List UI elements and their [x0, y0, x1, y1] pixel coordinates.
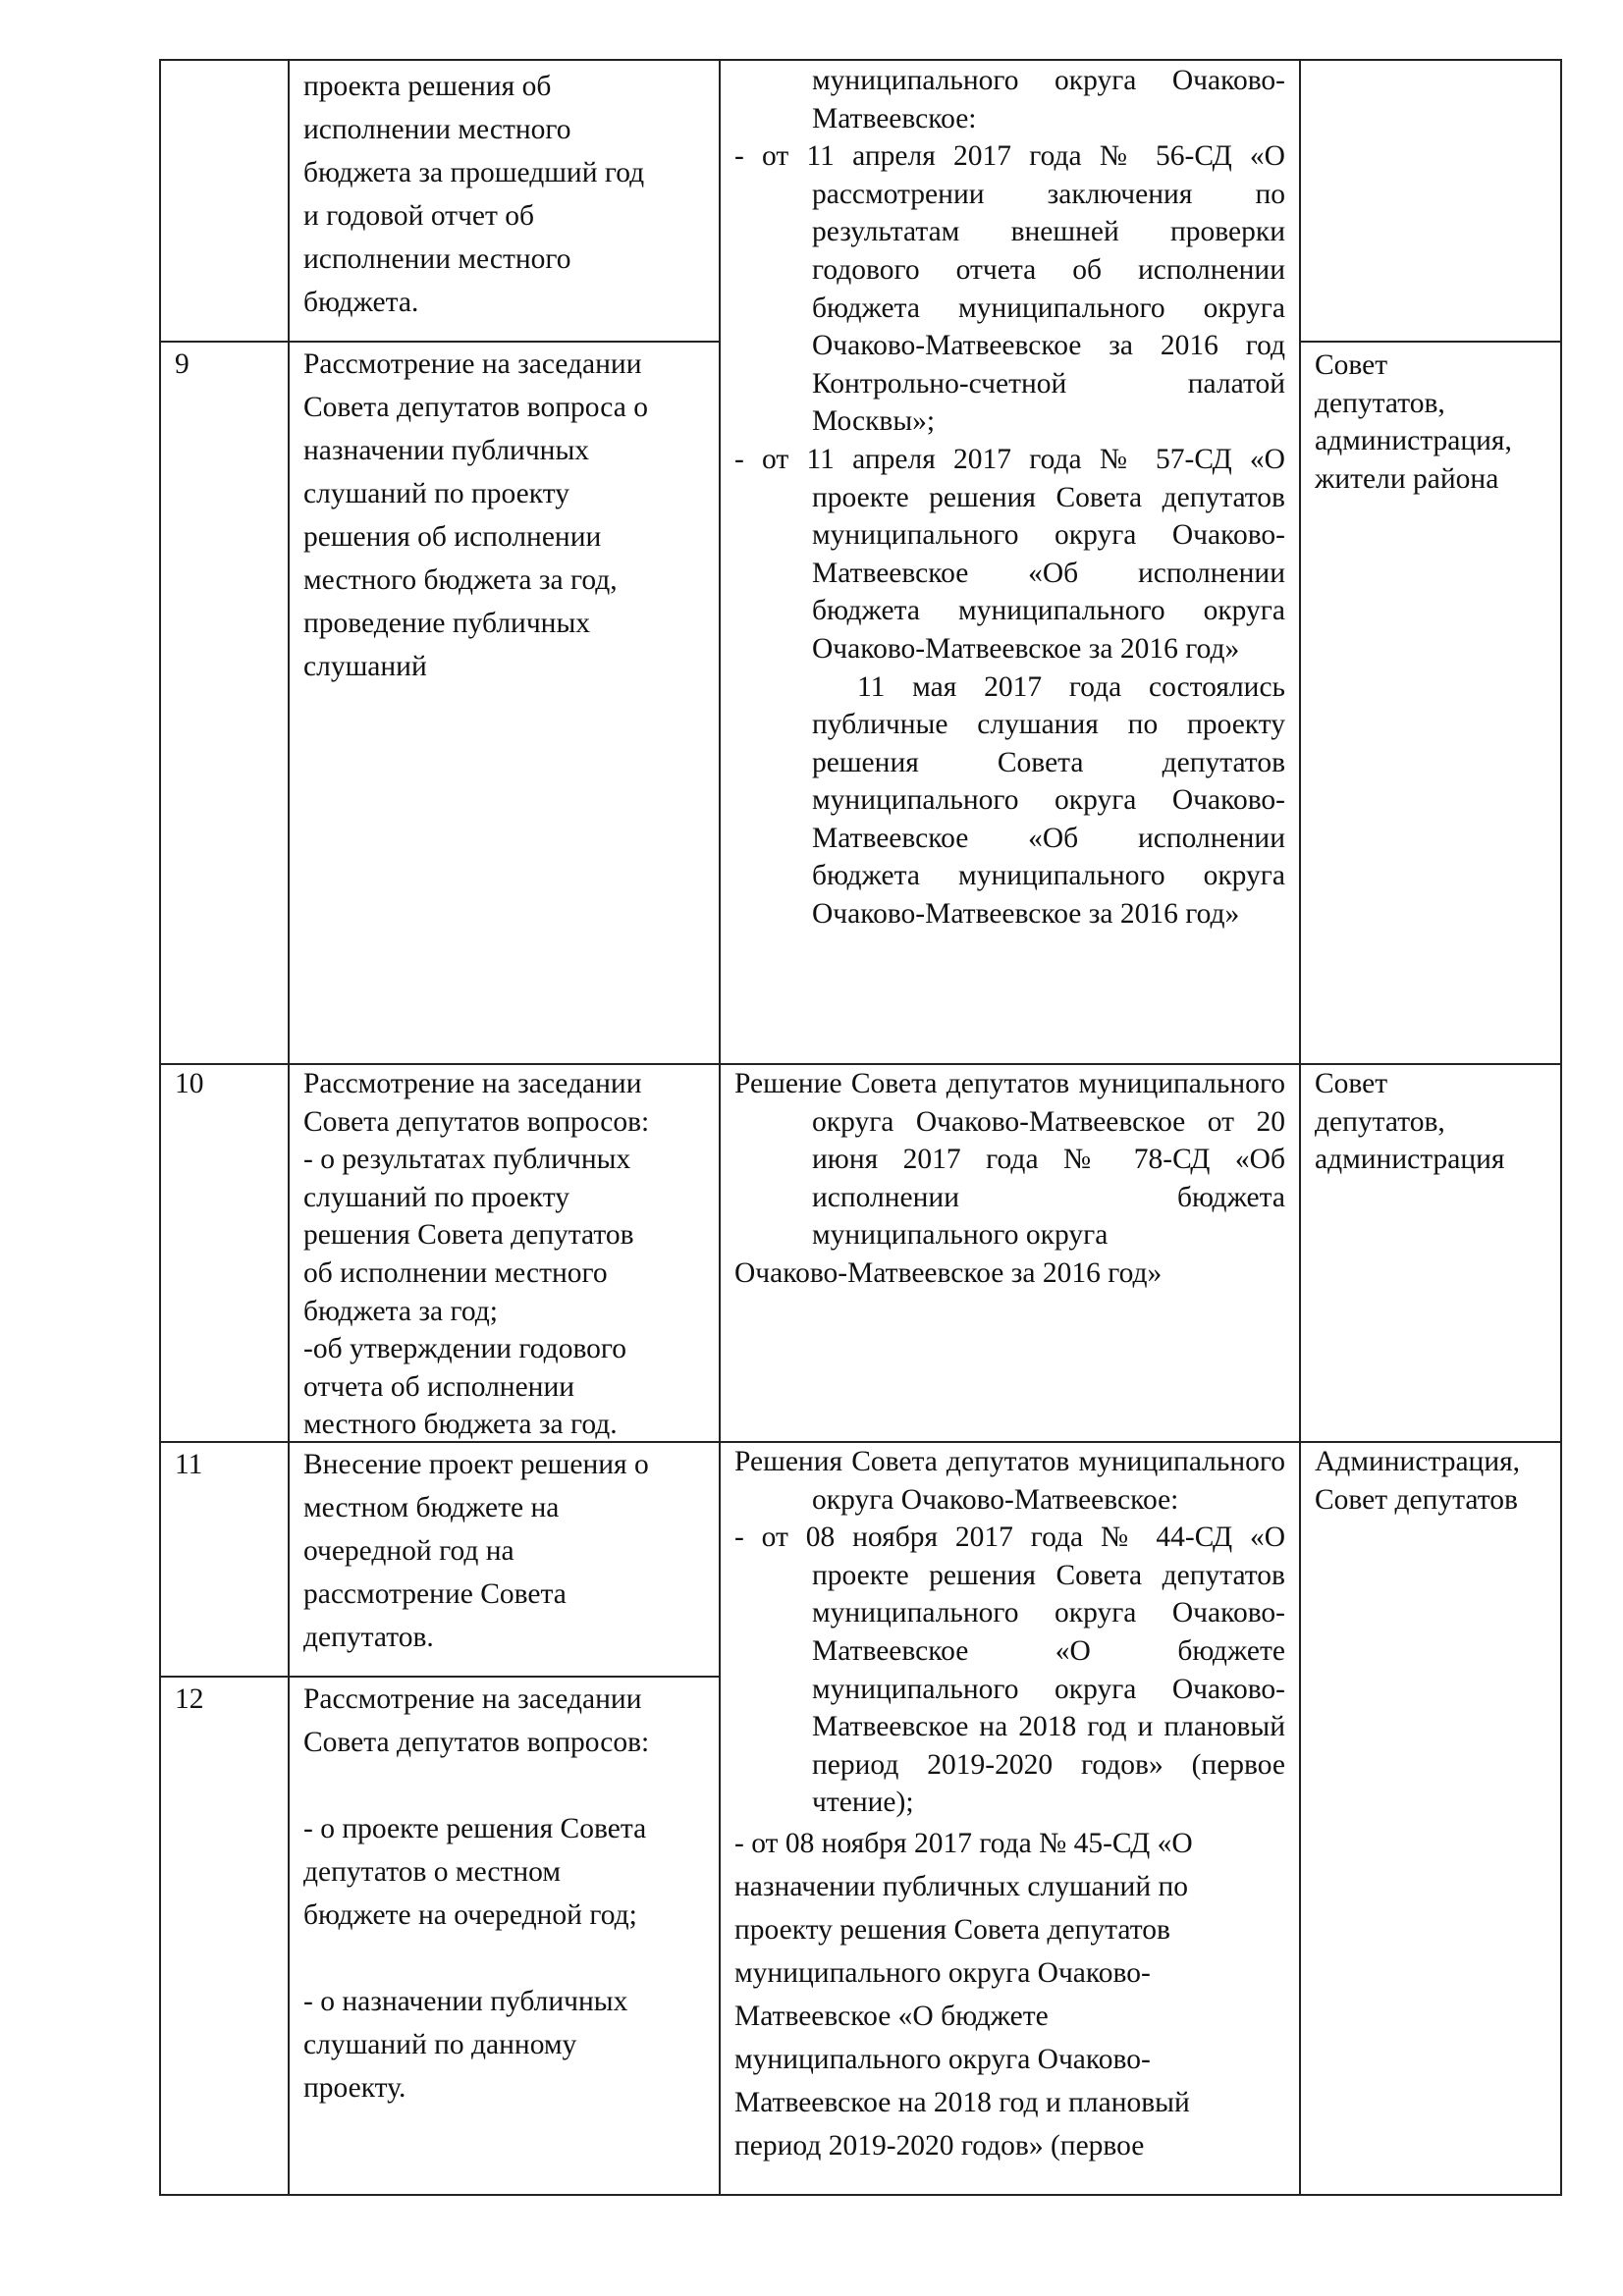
row-8-responsible-cell: [1299, 59, 1562, 343]
row-11-activity-cell: Внесение проект решения о местном бюджет…: [288, 1441, 721, 1678]
row-10-responsible-cell: Совет депутатов, администрация: [1299, 1063, 1562, 1443]
row-10-responsible: Совет депутатов, администрация: [1315, 1065, 1504, 1179]
row-11-activity: Внесение проект решения о местном бюджет…: [303, 1443, 649, 1659]
row-number: 9: [175, 343, 189, 386]
row-10-activity: Рассмотрение на заседании Совета депутат…: [303, 1065, 649, 1444]
result-item-44-sd: - от 08 ноября 2017 года № 44-СД «О прое…: [734, 1519, 1285, 1822]
result-item-57-sd: - от 11 апреля 2017 года № 57-СД «О прое…: [734, 441, 1285, 668]
result-hearings-note: 11 мая 2017 года состоялись публичные сл…: [734, 668, 1285, 934]
row-10-result-cell: Решение Совета депутатов муниципального …: [719, 1063, 1301, 1443]
result-cell-rows-11-12: Решения Совета депутатов муниципального …: [719, 1441, 1301, 2196]
result-lead: Решения Совета депутатов муниципального …: [734, 1443, 1285, 1519]
row-8-number-cell: [159, 59, 290, 343]
row-8-activity: проекта решения об исполнении местного б…: [303, 65, 644, 324]
row-12-activity: Рассмотрение на заседании Совета депутат…: [303, 1678, 649, 2109]
result-item-45-sd: - от 08 ноября 2017 года № 45-СД «О назн…: [734, 1822, 1285, 2167]
responsible-cell-rows-11-12: Администрация, Совет депутатов: [1299, 1441, 1562, 2196]
result-decision-78-sd: Решение Совета депутатов муниципального …: [734, 1065, 1285, 1255]
row-11-number-cell: 11: [159, 1441, 290, 1678]
row-11-responsible: Администрация, Совет депутатов: [1315, 1443, 1520, 1519]
result-text-rows-8-9: муниципального округа Очаково-Матвеевско…: [734, 62, 1285, 934]
row-9-responsible: Совет депутатов, администрация, жители р…: [1315, 347, 1512, 498]
result-cell-rows-8-9: муниципального округа Очаково-Матвеевско…: [719, 59, 1301, 1065]
result-lead: муниципального округа Очаково-Матвеевско…: [734, 62, 1285, 137]
result-text-rows-11-12: Решения Совета депутатов муниципального …: [734, 1443, 1285, 2167]
row-8-activity-cell: проекта решения об исполнении местного б…: [288, 59, 721, 343]
row-number: 12: [175, 1678, 204, 1721]
result-item-56-sd: - от 11 апреля 2017 года № 56-СД «О расс…: [734, 137, 1285, 441]
row-number: 10: [175, 1065, 204, 1103]
row-12-number-cell: 12: [159, 1676, 290, 2196]
row-9-number-cell: 9: [159, 341, 290, 1065]
row-12-activity-cell: Рассмотрение на заседании Совета депутат…: [288, 1676, 721, 2196]
row-10-activity-cell: Рассмотрение на заседании Совета депутат…: [288, 1063, 721, 1443]
row-10-number-cell: 10: [159, 1063, 290, 1443]
row-10-result: Решение Совета депутатов муниципального …: [734, 1065, 1285, 1293]
row-number: 11: [175, 1443, 202, 1486]
row-9-activity: Рассмотрение на заседании Совета депутат…: [303, 343, 648, 688]
row-9-responsible-cell: Совет депутатов, администрация, жители р…: [1299, 341, 1562, 1065]
row-9-activity-cell: Рассмотрение на заседании Совета депутат…: [288, 341, 721, 1065]
